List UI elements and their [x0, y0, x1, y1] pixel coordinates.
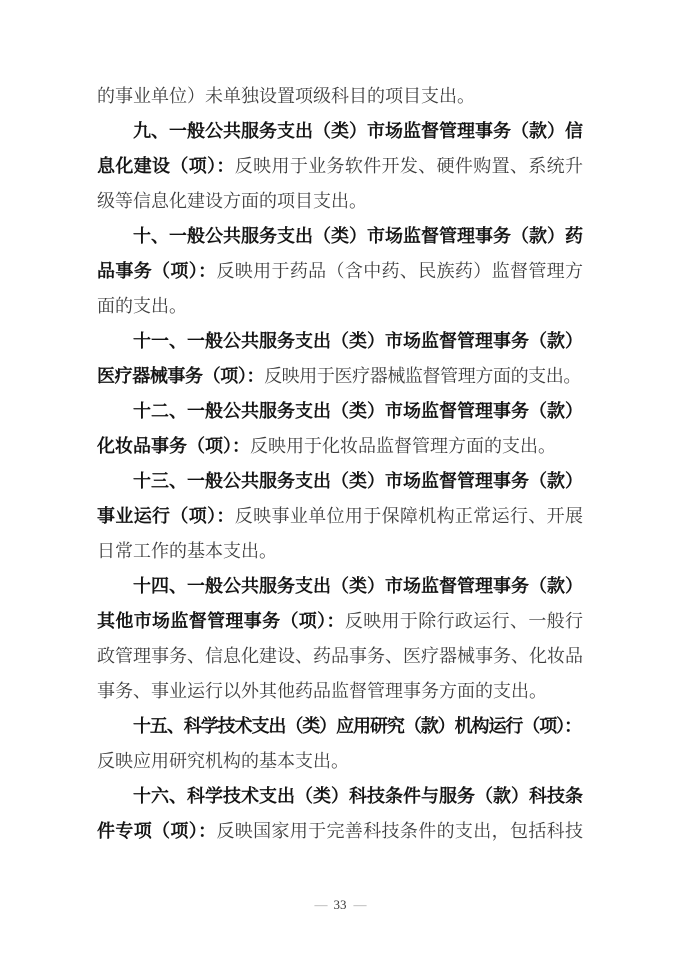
heading-text-segment: 十一、一般公共服务支出（类）市场监督管理事务（款）	[133, 331, 583, 351]
body-text-segment: 级等信息化建设方面的项目支出。	[97, 191, 367, 211]
body-text-segment: 反映用于化妆品监督管理方面的支出。	[250, 436, 556, 456]
document-page: 的事业单位）未单独设置项级科目的项目支出。九、一般公共服务支出（类）市场监督管理…	[0, 0, 680, 962]
text-line: 政管理事务、信息化建设、药品事务、医疗器械事务、化妆品	[97, 639, 583, 674]
heading-text-segment: 化妆品事务（项）：	[97, 436, 250, 456]
body-text-segment: 事务、事业运行以外其他药品监督管理事务方面的支出。	[97, 681, 547, 701]
text-line: 九、一般公共服务支出（类）市场监督管理事务（款）信	[97, 114, 583, 149]
heading-text-segment: 九、一般公共服务支出（类）市场监督管理事务（款）信	[133, 121, 583, 141]
heading-text-segment: 医疗器械事务（项）：	[97, 366, 264, 386]
body-text-segment: 政管理事务、信息化建设、药品事务、医疗器械事务、化妆品	[97, 646, 583, 666]
text-line: 其他市场监督管理事务（项）：反映用于除行政运行、一般行	[97, 604, 583, 639]
heading-text-segment: 事业运行（项）：	[97, 506, 235, 526]
body-text-segment: 的事业单位）未单独设置项级科目的项目支出。	[97, 86, 475, 106]
text-line: 反映应用研究机构的基本支出。	[97, 744, 583, 779]
text-line: 十二、一般公共服务支出（类）市场监督管理事务（款）	[97, 394, 583, 429]
text-line: 化妆品事务（项）：反映用于化妆品监督管理方面的支出。	[97, 429, 583, 464]
text-line: 的事业单位）未单独设置项级科目的项目支出。	[97, 79, 583, 114]
heading-text-segment: 十三、一般公共服务支出（类）市场监督管理事务（款）	[133, 471, 583, 491]
heading-text-segment: 息化建设（项）：	[97, 156, 235, 176]
text-line: 件专项（项）：反映国家用于完善科技条件的支出，包括科技	[97, 814, 583, 849]
text-line: 品事务（项）：反映用于药品（含中药、民族药）监督管理方	[97, 254, 583, 289]
heading-text-segment: 件专项（项）：	[97, 821, 216, 841]
text-line: 十四、一般公共服务支出（类）市场监督管理事务（款）	[97, 569, 583, 604]
heading-text-segment: 十五、科学技术支出（类）应用研究（款）机构运行（项）：	[133, 716, 581, 736]
text-line: 级等信息化建设方面的项目支出。	[97, 184, 583, 219]
heading-text-segment: 十二、一般公共服务支出（类）市场监督管理事务（款）	[133, 401, 583, 421]
page-number: —33—	[0, 895, 680, 915]
body-text-segment: 反映用于除行政运行、一般行	[345, 611, 583, 631]
text-line: 事务、事业运行以外其他药品监督管理事务方面的支出。	[97, 674, 583, 709]
heading-text-segment: 其他市场监督管理事务（项）：	[97, 611, 345, 631]
text-line: 息化建设（项）：反映用于业务软件开发、硬件购置、系统升	[97, 149, 583, 184]
text-line: 医疗器械事务（项）：反映用于医疗器械监督管理方面的支出。	[97, 359, 583, 394]
heading-text-segment: 十六、科学技术支出（类）科技条件与服务（款）科技条	[133, 786, 583, 806]
body-text-segment: 面的支出。	[97, 296, 187, 316]
body-text-segment: 反映事业单位用于保障机构正常运行、开展	[235, 506, 583, 526]
body-text-segment: 反映用于医疗器械监督管理方面的支出。	[264, 366, 581, 386]
text-line: 十五、科学技术支出（类）应用研究（款）机构运行（项）：	[97, 709, 583, 744]
text-line: 日常工作的基本支出。	[97, 534, 583, 569]
text-line: 事业运行（项）：反映事业单位用于保障机构正常运行、开展	[97, 499, 583, 534]
body-text-segment: 反映用于药品（含中药、民族药）监督管理方	[216, 261, 583, 281]
text-line: 十一、一般公共服务支出（类）市场监督管理事务（款）	[97, 324, 583, 359]
heading-text-segment: 十、一般公共服务支出（类）市场监督管理事务（款）药	[133, 226, 583, 246]
body-text-segment: 反映应用研究机构的基本支出。	[97, 751, 349, 771]
body-text-segment: 日常工作的基本支出。	[97, 541, 277, 561]
body-text-segment: 反映用于业务软件开发、硬件购置、系统升	[235, 156, 583, 176]
footer-dash-left: —	[315, 897, 327, 912]
document-body: 的事业单位）未单独设置项级科目的项目支出。九、一般公共服务支出（类）市场监督管理…	[97, 79, 583, 849]
heading-text-segment: 十四、一般公共服务支出（类）市场监督管理事务（款）	[133, 576, 583, 596]
footer-dash-right: —	[354, 897, 366, 912]
text-line: 十、一般公共服务支出（类）市场监督管理事务（款）药	[97, 219, 583, 254]
footer-number: 33	[334, 897, 347, 912]
text-line: 十六、科学技术支出（类）科技条件与服务（款）科技条	[97, 779, 583, 814]
heading-text-segment: 品事务（项）：	[97, 261, 216, 281]
text-line: 十三、一般公共服务支出（类）市场监督管理事务（款）	[97, 464, 583, 499]
body-text-segment: 反映国家用于完善科技条件的支出，包括科技	[216, 821, 583, 841]
text-line: 面的支出。	[97, 289, 583, 324]
